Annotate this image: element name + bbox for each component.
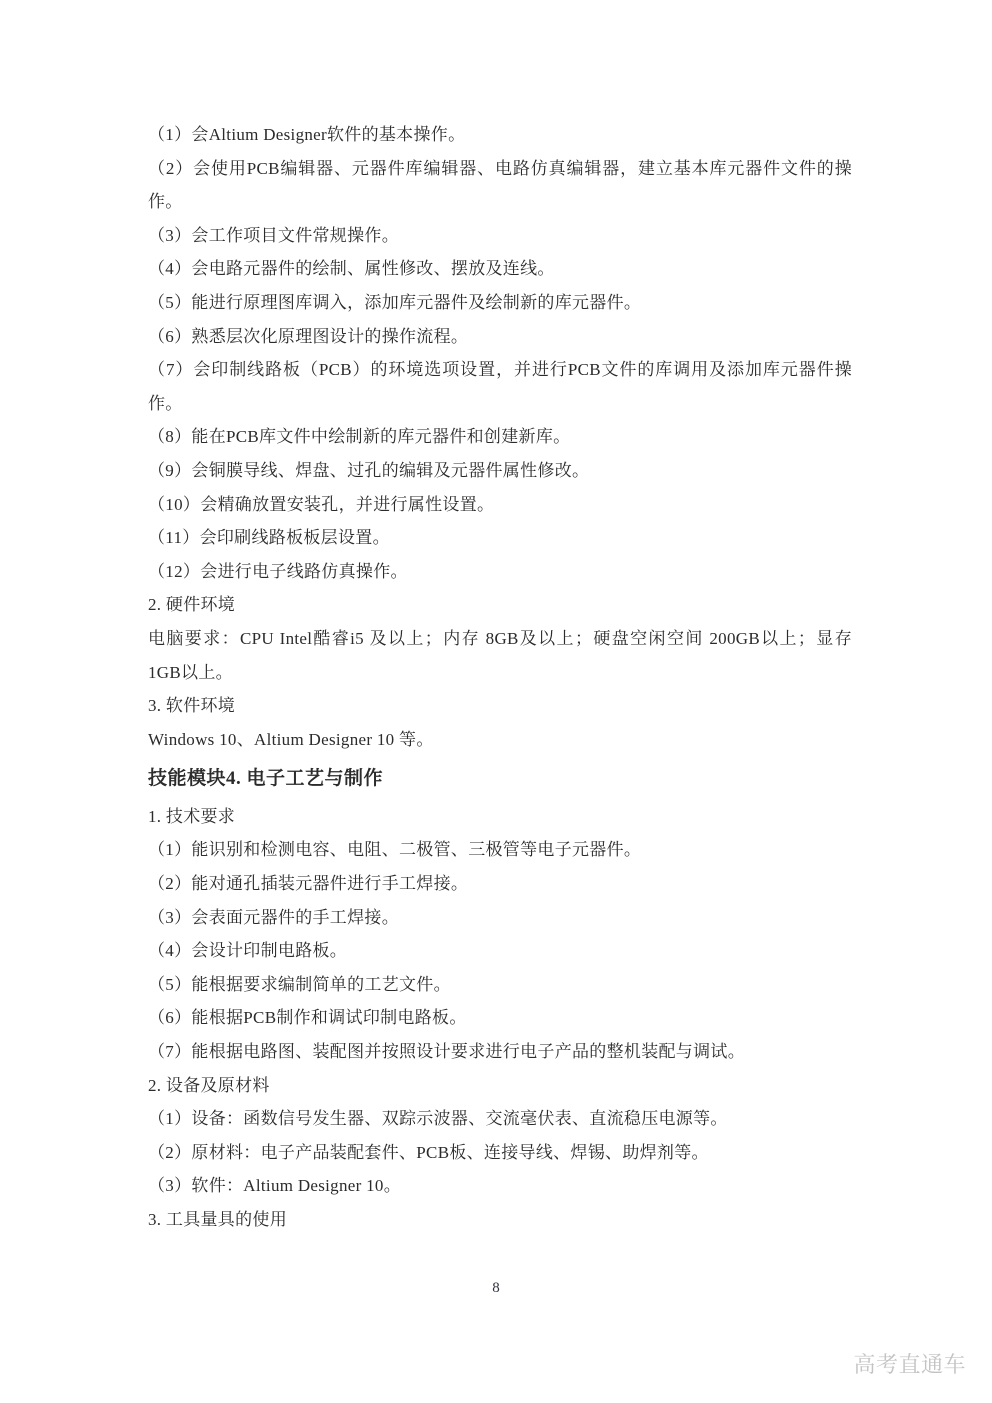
text-line: （5）能根据要求编制简单的工艺文件。	[148, 968, 852, 1002]
text-line: （4）会设计印制电路板。	[148, 934, 852, 968]
text-line: （1）会Altium Designer软件的基本操作。	[148, 118, 852, 152]
text-line: （11）会印刷线路板板层设置。	[148, 521, 852, 555]
text-line: （5）能进行原理图库调入，添加库元器件及绘制新的库元器件。	[148, 286, 852, 320]
text-line: 电脑要求：CPU Intel酷睿i5 及以上；内存 8GB及以上；硬盘空闲空间 …	[148, 622, 852, 656]
text-line: 作。	[148, 185, 852, 219]
document-text-block: （1）会Altium Designer软件的基本操作。（2）会使用PCB编辑器、…	[148, 118, 852, 1237]
page-number: 8	[0, 1280, 992, 1297]
text-line: （2）原材料：电子产品装配套件、PCB板、连接导线、焊锡、助焊剂等。	[148, 1136, 852, 1170]
document-page: （1）会Altium Designer软件的基本操作。（2）会使用PCB编辑器、…	[0, 0, 992, 1403]
text-line: （3）会工作项目文件常规操作。	[148, 219, 852, 253]
text-line: （2）会使用PCB编辑器、元器件库编辑器、电路仿真编辑器，建立基本库元器件文件的…	[148, 152, 852, 186]
text-line: （7）会印制线路板（PCB）的环境选项设置，并进行PCB文件的库调用及添加库元器…	[148, 353, 852, 387]
text-line: 作。	[148, 387, 852, 421]
text-line: （3）会表面元器件的手工焊接。	[148, 901, 852, 935]
text-line: （12）会进行电子线路仿真操作。	[148, 555, 852, 589]
text-line: （6）熟悉层次化原理图设计的操作流程。	[148, 320, 852, 354]
text-line: 1. 技术要求	[148, 800, 852, 834]
text-line: （2）能对通孔插装元器件进行手工焊接。	[148, 867, 852, 901]
text-line: （7）能根据电路图、装配图并按照设计要求进行电子产品的整机装配与调试。	[148, 1035, 852, 1069]
text-line: 2. 设备及原材料	[148, 1069, 852, 1103]
document-body: （1）会Altium Designer软件的基本操作。（2）会使用PCB编辑器、…	[148, 118, 852, 1237]
text-line: （10）会精确放置安装孔，并进行属性设置。	[148, 488, 852, 522]
text-line: （3）软件：Altium Designer 10。	[148, 1169, 852, 1203]
text-line: 3. 工具量具的使用	[148, 1203, 852, 1237]
text-line: （4）会电路元器件的绘制、属性修改、摆放及连线。	[148, 252, 852, 286]
text-line: 1GB以上。	[148, 656, 852, 690]
text-line: （1）设备：函数信号发生器、双踪示波器、交流毫伏表、直流稳压电源等。	[148, 1102, 852, 1136]
watermark-text: 高考直通车	[853, 1348, 966, 1379]
text-line: （8）能在PCB库文件中绘制新的库元器件和创建新库。	[148, 420, 852, 454]
text-line: （6）能根据PCB制作和调试印制电路板。	[148, 1001, 852, 1035]
text-line: 3. 软件环境	[148, 689, 852, 723]
text-line: Windows 10、Altium Designer 10 等。	[148, 723, 852, 757]
text-line: 2. 硬件环境	[148, 588, 852, 622]
text-line: （1）能识别和检测电容、电阻、二极管、三极管等电子元器件。	[148, 833, 852, 867]
section-heading: 技能模块4. 电子工艺与制作	[148, 762, 852, 796]
text-line: （9）会铜膜导线、焊盘、过孔的编辑及元器件属性修改。	[148, 454, 852, 488]
